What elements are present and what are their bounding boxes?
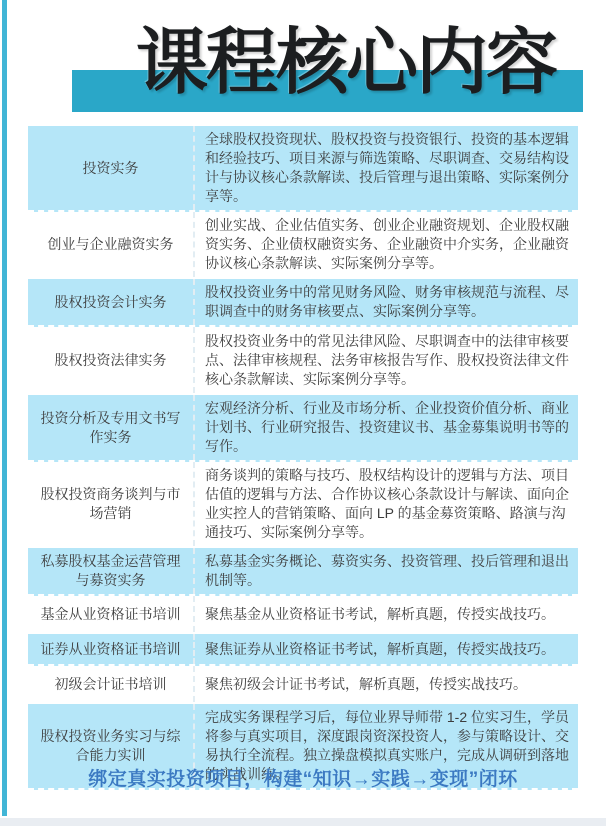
table-row: 投资分析及专用文书写作实务 宏观经济分析、行业及市场分析、企业投资价值分析、商业…: [28, 395, 578, 462]
left-accent-stripe: [2, 0, 7, 816]
course-content-cell: 商务谈判的策略与技巧、股权结构设计的逻辑与方法、项目估值的逻辑与方法、合作协议核…: [193, 462, 578, 546]
page-title: 课程核心内容: [136, 22, 556, 104]
course-name-cell: 投资实务: [28, 126, 193, 210]
table-row: 初级会计证书培训 聚焦初级会计证书考试，解析真题，传授实战技巧。: [28, 666, 578, 704]
course-name-cell: 初级会计证书培训: [28, 666, 193, 702]
table-row: 股权投资会计实务 股权投资业务中的常见财务风险、财务审核规范与流程、尽职调查中的…: [28, 279, 578, 327]
course-content-cell: 股权投资业务中的常见财务风险、财务审核规范与流程、尽职调查中的财务审核要点、实际…: [193, 279, 578, 325]
course-name-cell: 基金从业资格证书培训: [28, 596, 193, 632]
course-content-cell: 全球股权投资现状、股权投资与投资银行、投资的基本逻辑和经验技巧、项目来源与筛选策…: [193, 126, 578, 210]
course-content-cell: 聚焦证券从业资格证书考试，解析真题，传授实战技巧。: [193, 634, 578, 664]
course-content-cell: 聚焦初级会计证书考试，解析真题，传授实战技巧。: [193, 666, 578, 702]
table-row: 基金从业资格证书培训 聚焦基金从业资格证书考试，解析真题，传授实战技巧。: [28, 596, 578, 634]
course-name-cell: 创业与企业融资实务: [28, 212, 193, 277]
footer-note: 绑定真实投资项目，构建“知识→实践→变现”闭环: [0, 764, 606, 791]
course-name-cell: 私募股权基金运营管理与募资实务: [28, 548, 193, 594]
course-content-cell: 股权投资业务中的常见法律风险、尽职调查中的法律审核要点、法律审核规程、法务审核报…: [193, 327, 578, 393]
course-name-cell: 股权投资商务谈判与市场营销: [28, 462, 193, 546]
course-content-cell: 宏观经济分析、行业及市场分析、企业投资价值分析、商业计划书、行业研究报告、投资建…: [193, 395, 578, 460]
bottom-edge-strip: [0, 818, 606, 826]
table-row: 投资实务 全球股权投资现状、股权投资与投资银行、投资的基本逻辑和经验技巧、项目来…: [28, 126, 578, 212]
course-content-cell: 聚焦基金从业资格证书考试，解析真题，传授实战技巧。: [193, 596, 578, 632]
table-row: 股权投资法律实务 股权投资业务中的常见法律风险、尽职调查中的法律审核要点、法律审…: [28, 327, 578, 395]
course-name-cell: 股权投资法律实务: [28, 327, 193, 393]
course-name-cell: 股权投资会计实务: [28, 279, 193, 325]
course-content-cell: 私募基金实务概论、募资实务、投资管理、投后管理和退出机制等。: [193, 548, 578, 594]
course-table: 投资实务 全球股权投资现状、股权投资与投资银行、投资的基本逻辑和经验技巧、项目来…: [28, 126, 578, 790]
table-row: 私募股权基金运营管理与募资实务 私募基金实务概论、募资实务、投资管理、投后管理和…: [28, 548, 578, 596]
course-name-cell: 投资分析及专用文书写作实务: [28, 395, 193, 460]
table-row: 股权投资商务谈判与市场营销 商务谈判的策略与技巧、股权结构设计的逻辑与方法、项目…: [28, 462, 578, 548]
course-name-cell: 证券从业资格证书培训: [28, 634, 193, 664]
table-row: 创业与企业融资实务 创业实战、企业估值实务、创业企业融资规划、企业股权融资实务、…: [28, 212, 578, 279]
course-content-cell: 创业实战、企业估值实务、创业企业融资规划、企业股权融资实务、企业债权融资实务、企…: [193, 212, 578, 277]
table-row: 证券从业资格证书培训 聚焦证券从业资格证书考试，解析真题，传授实战技巧。: [28, 634, 578, 666]
